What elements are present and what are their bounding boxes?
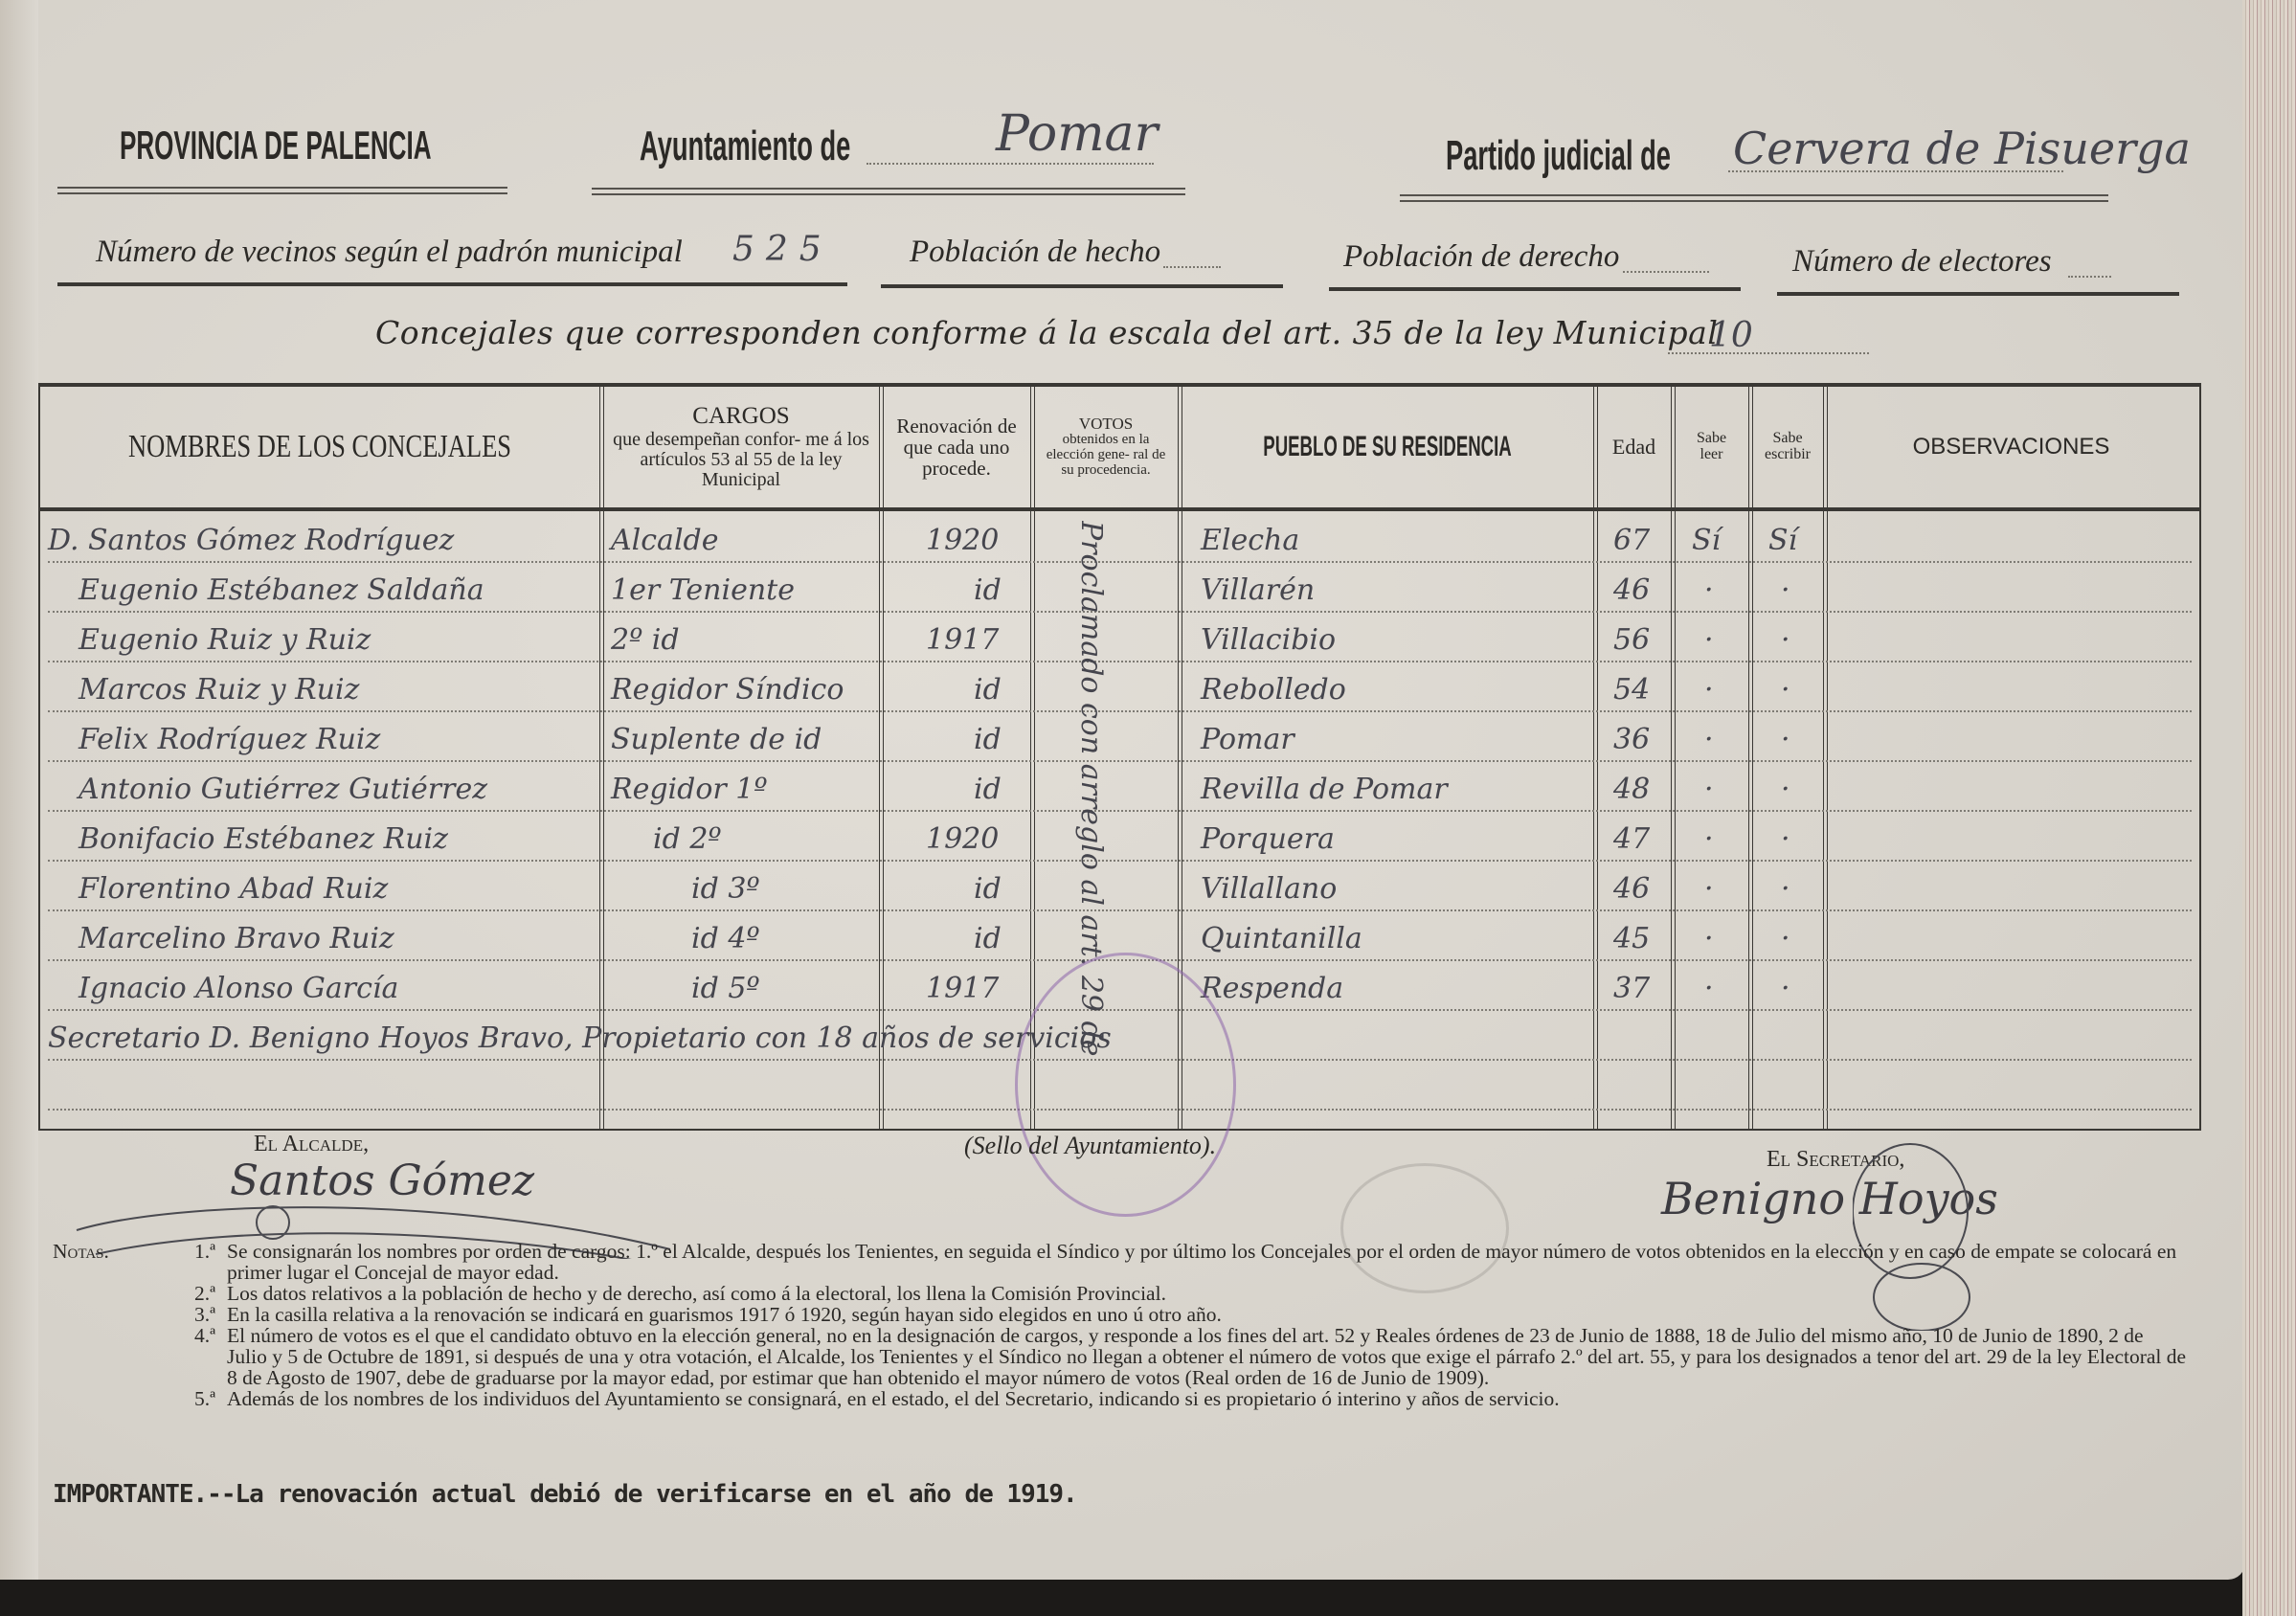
escribir-cell: · <box>1781 922 1790 955</box>
table-row: Marcos Ruiz y Ruiz Regidor Síndico id Re… <box>40 662 2199 712</box>
renovacion-cell: id <box>974 922 1002 955</box>
table-row: D. Santos Gómez Rodríguez Alcalde 1920 E… <box>40 513 2199 563</box>
header-pueblo: PUEBLO DE SU RESIDENCIA <box>1260 387 1516 507</box>
edad-cell: 56 <box>1613 623 1650 657</box>
leer-cell: · <box>1704 623 1714 657</box>
partido-value: Cervera de Pisuerga <box>1733 123 2191 174</box>
note-item: 5.ª Además de los nombres de los individ… <box>53 1388 2188 1409</box>
pueblo-cell: Villallano <box>1201 872 1337 906</box>
escribir-cell: · <box>1781 972 1790 1005</box>
escribir-cell: Sí <box>1768 524 1797 557</box>
page-gutter-shadow <box>0 0 38 1580</box>
divider <box>57 187 507 194</box>
hecho-label: Población de hecho <box>910 235 1160 270</box>
table-row: Bonifacio Estébanez Ruiz id 2º 1920 Porq… <box>40 812 2199 862</box>
notes-section: Notas. 1.ª Se consignarán los nombres po… <box>53 1241 2188 1409</box>
note-number: 2.ª <box>172 1283 227 1304</box>
nombre-cell: Eugenio Ruiz y Ruiz <box>79 623 371 657</box>
leer-cell: · <box>1704 573 1714 607</box>
nombre-cell: D. Santos Gómez Rodríguez <box>48 524 454 557</box>
renovacion-cell: 1917 <box>926 623 999 657</box>
note-text: Los datos relativos a la población de he… <box>227 1283 2188 1304</box>
cargo-cell: id 3º <box>691 872 760 906</box>
leer-cell: · <box>1704 872 1714 906</box>
renovacion-cell: id <box>974 723 1002 756</box>
divider <box>1777 292 2179 296</box>
table-row: Florentino Abad Ruiz id 3º id Villallano… <box>40 862 2199 911</box>
edad-cell: 54 <box>1613 673 1650 707</box>
nombre-cell: Florentino Abad Ruiz <box>79 872 388 906</box>
concejales-label: Concejales que corresponden conforme á l… <box>375 314 1718 351</box>
edad-cell: 47 <box>1613 822 1650 856</box>
pueblo-cell: Rebolledo <box>1201 673 1346 707</box>
partido-label: Partido judicial de <box>1446 132 1671 180</box>
secretary-cell: Secretario D. Benigno Hoyos Bravo, Propi… <box>48 1021 1112 1055</box>
municipal-seal-stamp <box>1015 953 1236 1217</box>
important-notice: IMPORTANTE.--La renovación actual debió … <box>53 1480 1077 1509</box>
renovacion-cell: 1917 <box>926 972 999 1005</box>
leer-cell: Sí <box>1692 524 1721 557</box>
book-page-edges <box>2242 0 2296 1616</box>
divider <box>1329 287 1741 291</box>
pueblo-cell: Pomar <box>1201 723 1294 756</box>
renovacion-cell: 1920 <box>926 822 999 856</box>
header-divider <box>40 507 2199 511</box>
cargo-cell: id 4º <box>691 922 760 955</box>
escribir-cell: · <box>1781 872 1790 906</box>
header-renovacion: Renovación de que cada uno procede. <box>883 387 1030 507</box>
header-nombres: NOMBRES DE LOS CONCEJALES <box>101 387 538 507</box>
edad-cell: 37 <box>1613 972 1650 1005</box>
vecinos-label: Número de vecinos según el padrón munici… <box>96 235 683 270</box>
header-observaciones: OBSERVACIONES <box>1827 387 2195 507</box>
header-votos: VOTOS obtenidos en la elección gene- ral… <box>1034 387 1178 507</box>
ayuntamiento-value: Pomar <box>996 105 1158 163</box>
edad-cell: 67 <box>1613 524 1650 557</box>
leer-cell: · <box>1704 972 1714 1005</box>
nombre-cell: Marcos Ruiz y Ruiz <box>79 673 359 707</box>
renovacion-cell: id <box>974 773 1002 806</box>
edad-cell: 46 <box>1613 573 1650 607</box>
pueblo-cell: Porquera <box>1201 822 1335 856</box>
alcalde-label: El Alcalde, <box>254 1132 369 1157</box>
note-number: 3.ª <box>172 1304 227 1325</box>
leer-cell: · <box>1704 922 1714 955</box>
derecho-label: Población de derecho <box>1343 239 1619 275</box>
header-cargos-title: CARGOS <box>692 404 789 429</box>
cargo-cell: Regidor 1º <box>611 773 767 806</box>
edad-cell: 45 <box>1613 922 1650 955</box>
nombre-cell: Felix Rodríguez Ruiz <box>79 723 380 756</box>
note-text: Además de los nombres de los individuos … <box>227 1388 2188 1409</box>
cargo-cell: Suplente de id <box>611 723 822 756</box>
cargo-cell: 1er Teniente <box>611 573 795 607</box>
header-cargos-sub: que desempeñan confor- me á los artículo… <box>612 430 870 490</box>
ayuntamiento-dotline <box>867 163 1154 165</box>
renovacion-cell: 1920 <box>926 524 999 557</box>
nombre-cell: Ignacio Alonso García <box>79 972 398 1005</box>
pueblo-cell: Revilla de Pomar <box>1201 773 1448 806</box>
header-sabe-escribir: Sabe escribir <box>1752 387 1823 507</box>
note-item: 2.ª Los datos relativos a la población d… <box>53 1283 2188 1304</box>
escribir-cell: · <box>1781 822 1790 856</box>
pueblo-cell: Elecha <box>1201 524 1299 557</box>
divider <box>57 282 847 286</box>
header-votos-sub: obtenidos en la elección gene- ral de su… <box>1039 433 1173 478</box>
electores-label: Número de electores <box>1792 244 2052 280</box>
notes-label: Notas. <box>53 1241 172 1283</box>
divider <box>592 188 1185 195</box>
divider <box>881 284 1283 288</box>
divider <box>1400 194 2108 202</box>
concejales-dotline <box>1668 352 1869 354</box>
leer-cell: · <box>1704 773 1714 806</box>
nombre-cell: Marcelino Bravo Ruiz <box>79 922 394 955</box>
renovacion-cell: id <box>974 573 1002 607</box>
header-edad: Edad <box>1597 387 1671 507</box>
note-number: 4.ª <box>172 1325 227 1388</box>
concejales-value: 10 <box>1709 316 1753 355</box>
nombre-cell: Antonio Gutiérrez Gutiérrez <box>79 773 487 806</box>
note-item: Notas. 1.ª Se consignarán los nombres po… <box>53 1241 2188 1283</box>
escribir-cell: · <box>1781 623 1790 657</box>
note-number: 5.ª <box>172 1388 227 1409</box>
header-cargos: CARGOS que desempeñan confor- me á los a… <box>603 387 879 507</box>
escribir-cell: · <box>1781 723 1790 756</box>
header-votos-title: VOTOS <box>1079 415 1133 433</box>
note-number: 1.ª <box>172 1241 227 1283</box>
province-title: PROVINCIA DE PALENCIA <box>120 123 432 168</box>
cargo-cell: Alcalde <box>611 524 719 557</box>
pueblo-cell: Quintanilla <box>1201 922 1362 955</box>
edad-cell: 48 <box>1613 773 1650 806</box>
renovacion-cell: id <box>974 872 1002 906</box>
escribir-cell: · <box>1781 773 1790 806</box>
derecho-dotline <box>1623 271 1709 273</box>
table-row: Eugenio Estébanez Saldaña 1er Teniente i… <box>40 563 2199 613</box>
nombre-cell: Eugenio Estébanez Saldaña <box>79 573 484 607</box>
note-text: Se consignarán los nombres por orden de … <box>227 1241 2188 1283</box>
cargo-cell: 2º id <box>611 623 680 657</box>
pueblo-cell: Villacibio <box>1201 623 1336 657</box>
electores-dotline <box>2068 276 2111 278</box>
note-item: 3.ª En la casilla relativa a la renovaci… <box>53 1304 2188 1325</box>
hecho-dotline <box>1163 266 1221 268</box>
ayuntamiento-label: Ayuntamiento de <box>640 123 850 170</box>
table-row: Antonio Gutiérrez Gutiérrez Regidor 1º i… <box>40 762 2199 812</box>
cargo-cell: id 2º <box>653 822 722 856</box>
pueblo-cell: Respenda <box>1201 972 1343 1005</box>
leer-cell: · <box>1704 822 1714 856</box>
escribir-cell: · <box>1781 673 1790 707</box>
leer-cell: · <box>1704 723 1714 756</box>
vecinos-value: 525 <box>732 230 833 269</box>
edad-cell: 36 <box>1613 723 1650 756</box>
header-sabe-leer: Sabe leer <box>1675 387 1748 507</box>
escribir-cell: · <box>1781 573 1790 607</box>
nombre-cell: Bonifacio Estébanez Ruiz <box>79 822 448 856</box>
note-item: 4.ª El número de votos es el que el cand… <box>53 1325 2188 1388</box>
sello-label: (Sello del Ayuntamiento). <box>964 1132 1216 1160</box>
cargo-cell: id 5º <box>691 972 760 1005</box>
note-text: El número de votos es el que el candidat… <box>227 1325 2188 1388</box>
leer-cell: · <box>1704 673 1714 707</box>
table-row: Felix Rodríguez Ruiz Suplente de id id P… <box>40 712 2199 762</box>
renovacion-cell: id <box>974 673 1002 707</box>
table-row: Eugenio Ruiz y Ruiz 2º id 1917 Villacibi… <box>40 613 2199 662</box>
pueblo-cell: Villarén <box>1201 573 1315 607</box>
edad-cell: 46 <box>1613 872 1650 906</box>
cargo-cell: Regidor Síndico <box>611 673 844 707</box>
document-page: PROVINCIA DE PALENCIA Ayuntamiento de Po… <box>0 0 2245 1580</box>
note-text: En la casilla relativa a la renovación s… <box>227 1304 2188 1325</box>
